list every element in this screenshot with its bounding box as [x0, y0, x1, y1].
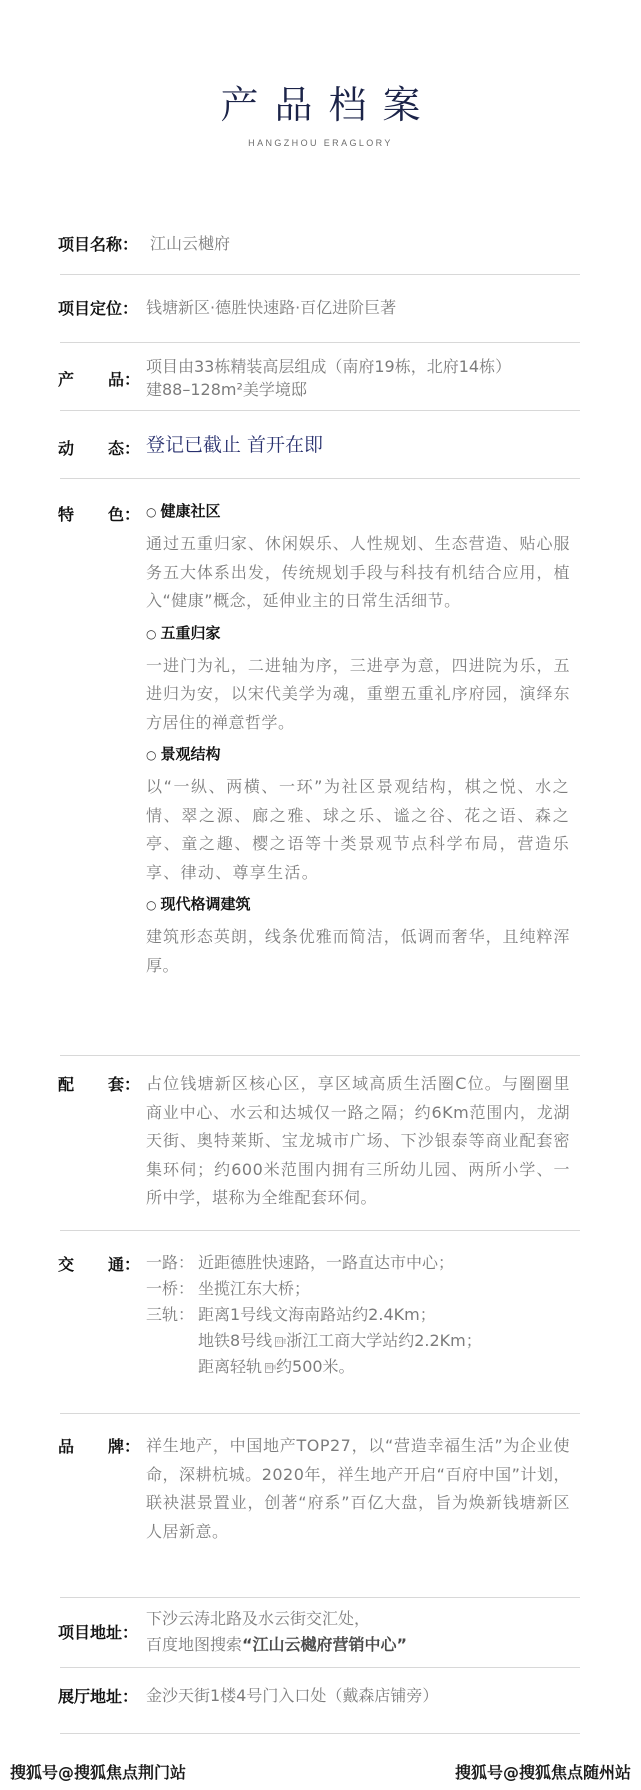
brand-text: 祥生地产，中国地产TOP27，以“营造幸福生活”为企业使命，深耕杭城。2020年…	[146, 1432, 570, 1546]
transport-line-rail: 三轨：距离1号线文海南路站约2.4Km；	[146, 1302, 576, 1328]
circle-bullet-icon: ○	[146, 505, 156, 519]
feature-text: 以“一纵、两横、一环”为社区景观结构，棋之悦、水之情、翠之源、廊之雅、球之乐、谧…	[146, 773, 570, 887]
features-list: ○健康社区 通过五重归家、休闲娱乐、人性规划、生态营造、贴心服务五大体系出发，传…	[146, 500, 570, 980]
divider	[60, 1230, 580, 1231]
feature-item: ○现代格调建筑 建筑形态英朗，线条优雅而简洁，低调而奢华，且纯粹浑厚。	[146, 893, 570, 980]
feature-text: 一进门为礼，二进轴为序，三进亭为意，四进院为乐，五进归为安，以宋代美学为魂，重塑…	[146, 652, 570, 738]
row-project-address: 项目地址： 下沙云涛北路及水云街交汇处， 百度地图搜索“江山云樾府营销中心”	[58, 1606, 580, 1660]
label-facilities: 配 套：	[58, 1072, 140, 1095]
feature-text: 建筑形态英朗，线条优雅而简洁，低调而奢华，且纯粹浑厚。	[146, 923, 570, 980]
feature-item: ○景观结构 以“一纵、两横、一环”为社区景观结构，棋之悦、水之情、翠之源、廊之雅…	[146, 743, 570, 887]
row-product: 产 品： 项目由33栋精装高层组成（南府19栋，北府14栋） 建88–128m²…	[58, 355, 580, 405]
label-positioning: 项目定位：	[58, 296, 148, 319]
value-product: 项目由33栋精装高层组成（南府19栋，北府14栋） 建88–128m²美学境邸	[146, 355, 586, 401]
divider	[60, 1055, 580, 1056]
planned-tag: 规划	[265, 1363, 273, 1373]
page-header: 产品档案 HANGZHOU ERAGLORY	[0, 80, 641, 148]
label-transport: 交 通：	[58, 1252, 140, 1275]
product-line-1: 项目由33栋精装高层组成（南府19栋，北府14栋）	[146, 355, 586, 378]
row-facilities: 配 套： 占位钱塘新区核心区，享区域高质生活圈C位。与圈圈里商业中心、水云和达城…	[58, 1070, 580, 1220]
feature-heading: 现代格调建筑	[160, 895, 250, 913]
divider	[60, 274, 580, 275]
row-positioning: 项目定位： 钱塘新区·德胜快速路·百亿进阶巨著	[58, 296, 580, 322]
watermark-left: 搜狐号@搜狐焦点荆门站	[10, 1760, 186, 1783]
label-showroom-address: 展厅地址：	[58, 1684, 148, 1707]
feature-heading: 五重归家	[160, 624, 220, 642]
divider	[60, 410, 580, 411]
divider	[60, 478, 580, 479]
label-project-name: 项目名称：	[58, 232, 148, 255]
transport-list: 一路：近距德胜快速路，一路直达市中心； 一桥：坐揽江东大桥； 三轨：距离1号线文…	[146, 1250, 576, 1380]
circle-bullet-icon: ○	[146, 627, 156, 641]
row-brand: 品 牌： 祥生地产，中国地产TOP27，以“营造幸福生活”为企业使命，深耕杭城。…	[58, 1432, 580, 1552]
transport-line-metro8: 地铁8号线在建浙江工商大学站约2.2Km；	[146, 1328, 576, 1354]
value-positioning: 钱塘新区·德胜快速路·百亿进阶巨著	[146, 296, 558, 319]
divider	[60, 1667, 580, 1668]
transport-line-lightrail: 距离轻轨规划约500米。	[146, 1354, 576, 1380]
row-status: 动 态： 登记已截止 首开在即	[58, 434, 580, 462]
row-transport: 交 通： 一路：近距德胜快速路，一路直达市中心； 一桥：坐揽江东大桥； 三轨：距…	[58, 1250, 580, 1390]
feature-heading: 景观结构	[160, 745, 220, 763]
value-project-name: 江山云樾府	[150, 232, 562, 255]
row-project-name: 项目名称： 江山云樾府	[58, 232, 580, 258]
watermark-right: 搜狐号@搜狐焦点随州站	[455, 1760, 631, 1783]
address-line-2: 百度地图搜索“江山云樾府营销中心”	[146, 1632, 586, 1658]
label-status: 动 态：	[58, 436, 140, 459]
feature-text: 通过五重归家、休闲娱乐、人性规划、生态营造、贴心服务五大体系出发，传统规划手段与…	[146, 530, 570, 616]
feature-heading: 健康社区	[160, 502, 220, 520]
map-search-keyword: “江山云樾府营销中心”	[242, 1635, 407, 1654]
status-badge: 登记已截止 首开在即	[146, 434, 558, 457]
divider	[60, 1733, 580, 1734]
circle-bullet-icon: ○	[146, 898, 156, 912]
page-title: 产品档案	[0, 80, 641, 130]
label-product: 产 品：	[58, 367, 140, 390]
page-subtitle: HANGZHOU ERAGLORY	[0, 138, 641, 148]
row-features: 特 色： ○健康社区 通过五重归家、休闲娱乐、人性规划、生态营造、贴心服务五大体…	[58, 500, 580, 1045]
transport-line-road: 一路：近距德胜快速路，一路直达市中心；	[146, 1250, 576, 1276]
label-brand: 品 牌：	[58, 1434, 140, 1457]
label-project-address: 项目地址：	[58, 1620, 148, 1643]
divider	[60, 1597, 580, 1598]
facilities-text: 占位钱塘新区核心区，享区域高质生活圈C位。与圈圈里商业中心、水云和达城仅一路之隔…	[146, 1070, 570, 1213]
row-showroom-address: 展厅地址： 金沙天街1楼4号门入口处（戴森店铺旁）	[58, 1684, 580, 1710]
value-showroom-address: 金沙天街1楼4号门入口处（戴森店铺旁）	[146, 1684, 586, 1707]
circle-bullet-icon: ○	[146, 748, 156, 762]
divider	[60, 342, 580, 343]
feature-item: ○健康社区 通过五重归家、休闲娱乐、人性规划、生态营造、贴心服务五大体系出发，传…	[146, 500, 570, 616]
label-features: 特 色：	[58, 502, 140, 525]
divider	[60, 1413, 580, 1414]
product-line-2: 建88–128m²美学境邸	[146, 378, 586, 401]
construction-tag: 在建	[275, 1337, 283, 1347]
address-line-1: 下沙云涛北路及水云街交汇处，	[146, 1606, 586, 1632]
value-project-address: 下沙云涛北路及水云街交汇处， 百度地图搜索“江山云樾府营销中心”	[146, 1606, 586, 1658]
transport-line-bridge: 一桥：坐揽江东大桥；	[146, 1276, 576, 1302]
feature-item: ○五重归家 一进门为礼，二进轴为序，三进亭为意，四进院为乐，五进归为安，以宋代美…	[146, 622, 570, 738]
